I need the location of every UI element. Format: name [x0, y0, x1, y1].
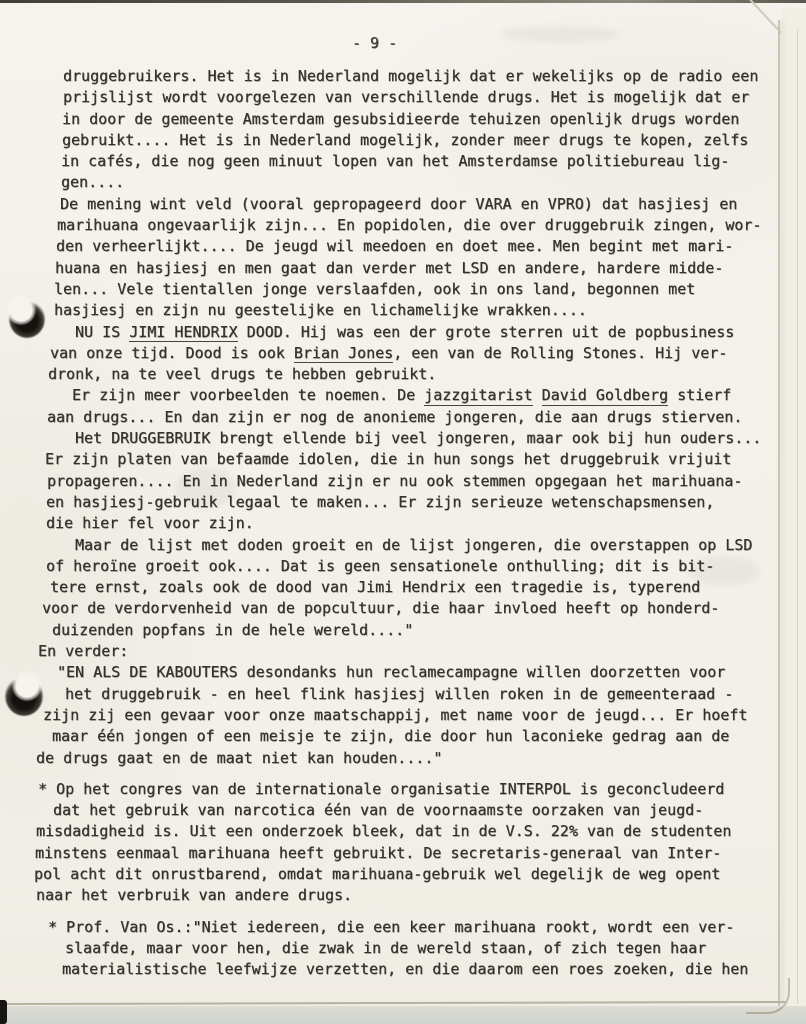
document-line: dronk, na te veel drugs te hebben gebrui… [48, 364, 776, 385]
underlying-page-edge [797, 30, 798, 1004]
document-line: gebruikt.... Het is in Nederland mogelij… [62, 130, 776, 151]
document-line: pol acht dit onrustbarend, omdat marihua… [34, 864, 776, 885]
document-line: "EN ALS DE KABOUTERS desondanks hun recl… [57, 662, 776, 683]
document-line: NU IS JIMI HENDRIX DOOD. Hij was een der… [75, 322, 776, 343]
document-line: De mening wint veld (vooral gepropageerd… [60, 194, 776, 215]
document-line: Er zijn platen van befaamde idolen, die … [45, 449, 776, 470]
document-line: gen.... [61, 172, 776, 193]
scan-bottom-background [0, 1006, 806, 1024]
punch-hole-highlight [12, 671, 42, 701]
document-line: in door de gemeente Amsterdam gesubsidie… [62, 109, 776, 130]
document-line: minstens eenmaal marihuana heeft gebruik… [35, 843, 776, 864]
document-line: van onze tijd. Dood is ook Brian Jones, … [50, 343, 776, 364]
document-line: zijn zij een gevaar voor onze maatschapp… [43, 705, 776, 726]
punch-hole-bottom [5, 676, 43, 716]
underlined-text: David Goldberg [542, 386, 668, 406]
underlined-text: JIMI HENDRIX [129, 323, 237, 343]
document-line: propageren.... En in Nederland zijn er n… [47, 471, 776, 492]
document-line: in cafés, die nog geen minuut lopen van … [61, 151, 776, 172]
document-line: of heroïne groeit ook.... Dat is geen se… [46, 556, 776, 577]
paper-right-edge [778, 20, 780, 1008]
document-text: druggebruikers. Het is in Nederland moge… [60, 66, 776, 980]
underlined-text: Brian Jones [294, 344, 393, 364]
document-line: aan drugs... En dan zijn er nog de anoni… [47, 407, 776, 428]
document-line: slaafde, maar voor hen, die zwak in de w… [65, 938, 776, 959]
document-line: * Op het congres van de internationale o… [38, 779, 776, 800]
document-line: marihuana ongevaarlijk zijn... En popido… [57, 215, 776, 236]
document-line: materialistische leefwijze verzetten, en… [62, 959, 776, 980]
document-line: dat het gebruik van narcotica één van de… [53, 800, 776, 821]
page-number: - 9 - [352, 34, 397, 52]
punch-hole-highlight [6, 295, 36, 325]
paper-stain [500, 26, 620, 42]
document-line: tere ernst, zoals ook de dood van Jimi H… [50, 577, 776, 598]
document-line: die hier fel voor zijn. [46, 513, 776, 534]
document-line: de drugs gaat en de maat niet kan houden… [36, 748, 776, 769]
document-line: misdadigheid is. Uit een onderzoek bleek… [36, 821, 776, 842]
bottom-left-mark [0, 1000, 7, 1024]
document-line: Maar de lijst met doden groeit en de lij… [75, 535, 776, 556]
document-line: Er zijn meer voorbeelden te noemen. De j… [72, 385, 776, 406]
document-line: len... Vele tientallen jonge verslaafden… [54, 279, 776, 300]
document-line: hasjiesj en zijn nu geestelijke en licha… [54, 300, 776, 321]
document-line: naar het verbruik van andere drugs. [36, 885, 776, 906]
document-line: En verder: [38, 641, 776, 662]
paper: - 9 - druggebruikers. Het is in Nederlan… [0, 0, 806, 1024]
document-line: maar één jongen of een meisje te zijn, d… [52, 726, 776, 747]
document-line: het druggebruik - en heel flink hasjiesj… [65, 684, 776, 705]
scan-top-edge [0, 0, 806, 3]
document-line: duizenden popfans in de hele wereld...." [52, 620, 776, 641]
scanned-page: - 9 - druggebruikers. Het is in Nederlan… [0, 0, 806, 1024]
document-line: Het DRUGGEBRUIK brengt ellende bij veel … [75, 428, 776, 449]
document-line: den verheerlijkt.... De jeugd wil meedoe… [56, 236, 776, 257]
punch-hole-top [9, 300, 45, 338]
paper-right-margin [781, 8, 806, 1010]
document-line: prijslijst wordt voorgelezen van verschi… [63, 87, 776, 108]
document-line: huana en hasjiesj en men gaat dan verder… [55, 258, 776, 279]
document-line: voor de verdorvenheid van de popcultuur,… [42, 598, 776, 619]
document-line: en hasjiesj-gebruik legaal te maken... E… [46, 492, 776, 513]
document-line: druggebruikers. Het is in Nederland moge… [63, 66, 776, 87]
document-line: * Prof. Van Os.:"Niet iedereen, die een … [48, 917, 776, 938]
underlined-text: jazzgitarist [424, 386, 532, 406]
